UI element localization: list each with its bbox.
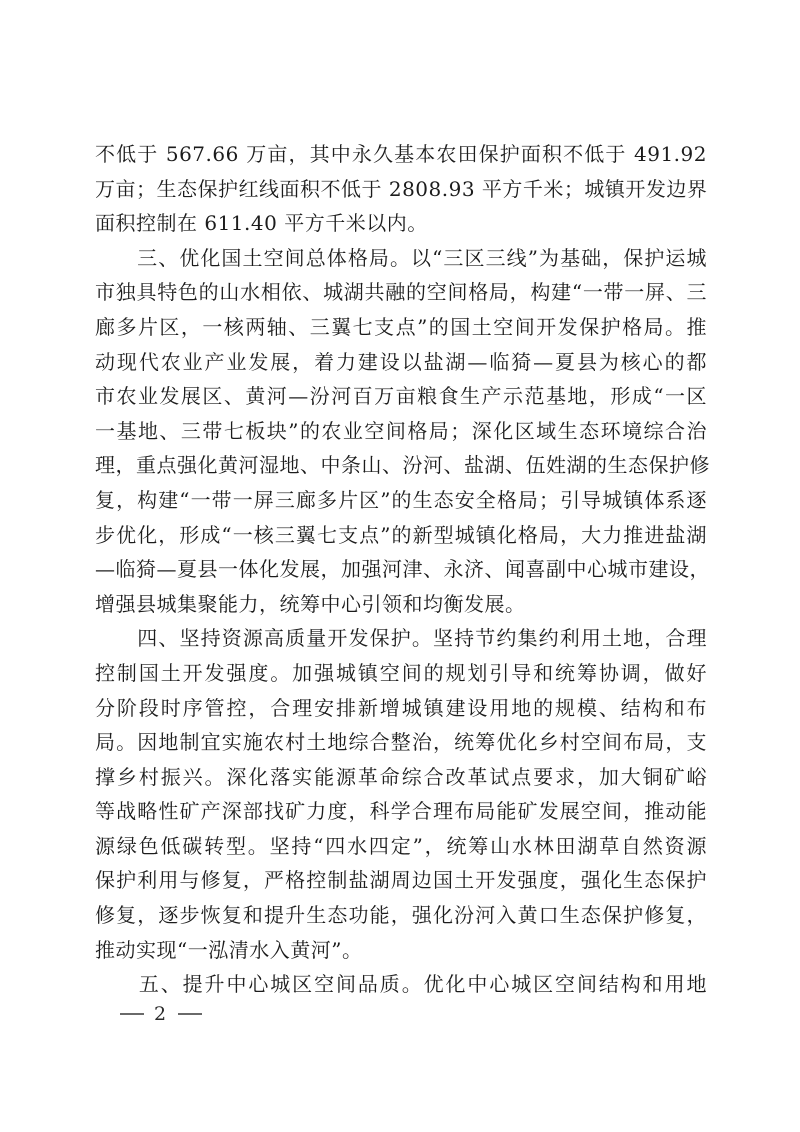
document-line: 控制国土开发强度。加强城镇空间的规划引导和统筹协调，做好: [95, 656, 707, 691]
document-line: —临猗—夏县一体化发展，加强河津、永济、闻喜副中心城市建设，: [95, 552, 707, 587]
document-line: 分阶段时序管控，合理安排新增城镇建设用地的规模、结构和布: [95, 691, 707, 726]
document-page: 不低于 567.66 万亩，其中永久基本农田保护面积不低于 491.92 万亩；…: [0, 0, 800, 1132]
document-line: 复，构建“一带一屏三廊多片区”的生态安全格局；引导城镇体系逐: [95, 483, 707, 518]
document-line: 万亩；生态保护红线面积不低于 2808.93 平方千米；城镇开发边界: [95, 172, 707, 207]
document-line: 廊多片区，一核两轴、三翼七支点”的国土空间开发保护格局。推: [95, 310, 707, 345]
document-line: 面积控制在 611.40 平方千米以内。: [95, 206, 707, 241]
paragraph-start-line: 五、提升中心城区空间品质。优化中心城区空间结构和用地: [95, 967, 707, 1002]
page-number: 2: [152, 1003, 170, 1025]
document-line: 源绿色低碳转型。坚持“四水四定”，统筹山水林田湖草自然资源: [95, 829, 707, 864]
page-number-footer: 2: [120, 1003, 202, 1025]
document-line: 局。因地制宜实施农村土地综合整治，统筹优化乡村空间布局，支: [95, 725, 707, 760]
footer-right-dash: [178, 1013, 202, 1015]
document-line: 动现代农业产业发展，着力建设以盐湖—临猗—夏县为核心的都: [95, 345, 707, 380]
document-line: 步优化，形成“一核三翼七支点”的新型城镇化格局，大力推进盐湖: [95, 518, 707, 553]
document-line: 一基地、三带七板块”的农业空间格局；深化区域生态环境综合治: [95, 414, 707, 449]
document-line: 修复，逐步恢复和提升生态功能，强化汾河入黄口生态保护修复，: [95, 898, 707, 933]
document-line: 市农业发展区、黄河—汾河百万亩粮食生产示范基地，形成“一区: [95, 379, 707, 414]
footer-left-dash: [120, 1013, 144, 1015]
paragraph-start-line: 三、优化国土空间总体格局。以“三区三线”为基础，保护运城: [95, 241, 707, 276]
document-line: 增强县城集聚能力，统筹中心引领和均衡发展。: [95, 587, 707, 622]
paragraph-start-line: 四、坚持资源高质量开发保护。坚持节约集约利用土地，合理: [95, 621, 707, 656]
document-line: 市独具特色的山水相依、城湖共融的空间格局，构建“一带一屏、三: [95, 275, 707, 310]
document-line: 推动实现“一泓清水入黄河”。: [95, 933, 707, 968]
document-body: 不低于 567.66 万亩，其中永久基本农田保护面积不低于 491.92 万亩；…: [95, 137, 707, 1002]
document-line: 理，重点强化黄河湿地、中条山、汾河、盐湖、伍姓湖的生态保护修: [95, 448, 707, 483]
document-line: 不低于 567.66 万亩，其中永久基本农田保护面积不低于 491.92: [95, 137, 707, 172]
document-line: 保护利用与修复，严格控制盐湖周边国土开发强度，强化生态保护: [95, 863, 707, 898]
document-line: 等战略性矿产深部找矿力度，科学合理布局能矿发展空间，推动能: [95, 794, 707, 829]
document-line: 撑乡村振兴。深化落实能源革命综合改革试点要求，加大铜矿峪: [95, 760, 707, 795]
